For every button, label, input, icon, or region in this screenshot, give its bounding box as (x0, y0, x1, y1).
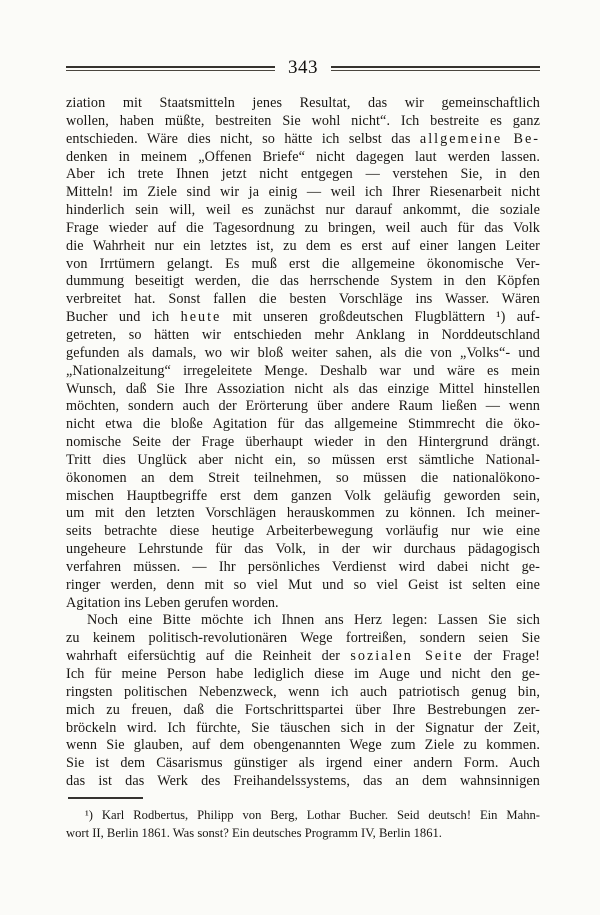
text-segment: ziation mit Staatsmitteln jenes Resultat… (66, 95, 540, 111)
body-text-line: „Nationalzeitung“ irregeleitete Menge. D… (66, 363, 540, 381)
footnote-line: wort II, Berlin 1861. Was sonst? Ein deu… (66, 825, 540, 843)
text-segment: ringer werden, denn mit so viel Mut und … (66, 577, 540, 593)
text-segment: wort II, Berlin 1861. Was sonst? Ein deu… (66, 826, 442, 840)
body-text-line: verbreitet hat. Sonst fallen die besten … (66, 291, 540, 309)
footnote-separator (68, 797, 143, 799)
text-segment: um mit den letzten Vorschlägen herauskom… (66, 505, 540, 521)
body-text-line: getreten, so hätten wir entschieden mehr… (66, 327, 540, 345)
body-text-line: Frage wieder auf die Tagesordnung zu bri… (66, 220, 540, 238)
body-text-line: Ich für meine Person habe lediglich dies… (66, 666, 540, 684)
text-segment: nicht etwa die bloße Agitation für das a… (66, 416, 540, 432)
text-segment: ¹) Karl Rodbertus, Philipp von Berg, Lot… (85, 808, 540, 822)
body-text-line: wahrhaft eifersüchtig auf die Reinheit d… (66, 648, 540, 666)
emphasized-text-segment: sozialen Seite (350, 648, 463, 664)
text-segment: Bucher und ich (66, 309, 181, 325)
text-segment: wollen, haben müßte, bestreiten Sie wohl… (66, 113, 540, 129)
text-segment: verbreitet hat. Sonst fallen die besten … (66, 291, 540, 307)
text-segment: Ich für meine Person habe lediglich dies… (66, 666, 540, 682)
text-segment: wahrhaft eifersüchtig auf die Reinheit d… (66, 648, 350, 664)
text-segment: seits betrachte diese heutige Arbeiterbe… (66, 523, 540, 539)
body-text-line: Aber ich trete Ihnen jetzt nicht entgege… (66, 166, 540, 184)
text-segment: ungeheure Lehrstunde für das Volk, in de… (66, 541, 540, 557)
text-segment: möchten, sondern auch der Erörterung übe… (66, 398, 540, 414)
body-text-line: wollen, haben müßte, bestreiten Sie wohl… (66, 113, 540, 131)
text-segment: getreten, so hätten wir entschieden mehr… (66, 327, 540, 343)
text-segment: die Wahrheit nur ein letztes ist, zu dem… (66, 238, 540, 254)
page-header: 343 (66, 57, 540, 79)
page-number: 343 (275, 57, 331, 79)
text-segment: gefunden als damals, wo wir bloß weiter … (66, 345, 540, 361)
text-segment: Mitteln! im Ziele sind wir ja einig — we… (66, 184, 540, 200)
body-text-line: das ist das Werk des Freihandelssystems,… (66, 773, 540, 791)
body-text-line: hinderlich sein will, weil es zunächst n… (66, 202, 540, 220)
text-segment: von Irrtümern gelangt. Es muß erst die a… (66, 256, 540, 272)
text-segment: mischen Hauptbegriffe erst dem ganzen Vo… (66, 488, 540, 504)
body-text-line: nicht etwa die bloße Agitation für das a… (66, 416, 540, 434)
text-segment: der Frage! (463, 648, 540, 664)
body-text-line: zu keinem politisch-revolutionären Wege … (66, 630, 540, 648)
text-segment: Aber ich trete Ihnen jetzt nicht entgege… (66, 166, 540, 182)
body-text-line: bröckeln wird. Ich fürchte, Sie täuschen… (66, 720, 540, 738)
text-segment: Agitation ins Leben gerufen worden. (66, 595, 279, 611)
header-rule-right (331, 66, 540, 71)
text-segment: verfahren müssen. — Ihr persönliches Ver… (66, 559, 540, 575)
body-text-line: die Wahrheit nur ein letztes ist, zu dem… (66, 238, 540, 256)
body-text-line: ziation mit Staatsmitteln jenes Resultat… (66, 95, 540, 113)
body-text-line: mich zu freuen, daß die Fortschrittspart… (66, 702, 540, 720)
text-segment: denken in meinem „Offenen Briefe“ nicht … (66, 149, 540, 165)
body-text-line: seits betrachte diese heutige Arbeiterbe… (66, 523, 540, 541)
text-segment: hinderlich sein will, weil es zunächst n… (66, 202, 540, 218)
text-segment: „Nationalzeitung“ irregeleitete Menge. D… (66, 363, 540, 379)
body-text-line: mischen Hauptbegriffe erst dem ganzen Vo… (66, 488, 540, 506)
body-text-line: gefunden als damals, wo wir bloß weiter … (66, 345, 540, 363)
body-text-line: ringsten politischen Nebenzweck, wenn ic… (66, 684, 540, 702)
body-text-line: Bucher und ich heute mit unseren großdeu… (66, 309, 540, 327)
body-text-line: dummung beseitigt werden, die das herrsc… (66, 273, 540, 291)
text-segment: mit unseren großdeutschen Flugblättern ¹… (221, 309, 540, 325)
body-text-line: von Irrtümern gelangt. Es muß erst die a… (66, 256, 540, 274)
body-text-line: Noch eine Bitte möchte ich Ihnen ans Her… (66, 612, 540, 630)
emphasized-text-segment: allgemeine Be- (420, 131, 540, 147)
body-text-line: nomische Seite der Frage überhaupt wiede… (66, 434, 540, 452)
body-text-line: wenn Sie glauben, auf dem obengenannten … (66, 737, 540, 755)
text-segment: ringsten politischen Nebenzweck, wenn ic… (66, 684, 540, 700)
body-text-line: um mit den letzten Vorschlägen herauskom… (66, 505, 540, 523)
body-text-line: möchten, sondern auch der Erörterung übe… (66, 398, 540, 416)
body-text-line: ungeheure Lehrstunde für das Volk, in de… (66, 541, 540, 559)
header-rule-left (66, 66, 275, 71)
body-text-line: Sie ist dem Cäsarismus günstiger als irg… (66, 755, 540, 773)
text-segment: Noch eine Bitte möchte ich Ihnen ans Her… (87, 612, 540, 628)
body-text: ziation mit Staatsmitteln jenes Resultat… (66, 95, 540, 791)
text-segment: entschieden. Wäre dies nicht, so hätte i… (66, 131, 420, 147)
text-segment: zu keinem politisch-revolutionären Wege … (66, 630, 540, 646)
footnote-line: ¹) Karl Rodbertus, Philipp von Berg, Lot… (66, 807, 540, 825)
body-text-line: ökonomen an dem Streit teilnehmen, so mü… (66, 470, 540, 488)
body-text-line: denken in meinem „Offenen Briefe“ nicht … (66, 149, 540, 167)
text-segment: nomische Seite der Frage überhaupt wiede… (66, 434, 540, 450)
text-segment: Wunsch, daß Sie Ihre Assoziation nicht a… (66, 381, 540, 397)
text-segment: Frage wieder auf die Tagesordnung zu bri… (66, 220, 540, 236)
footnote: ¹) Karl Rodbertus, Philipp von Berg, Lot… (66, 807, 540, 842)
text-segment: dummung beseitigt werden, die das herrsc… (66, 273, 540, 289)
book-page: 343 ziation mit Staatsmitteln jenes Resu… (0, 0, 600, 915)
body-text-line: verfahren müssen. — Ihr persönliches Ver… (66, 559, 540, 577)
text-segment: bröckeln wird. Ich fürchte, Sie täuschen… (66, 720, 540, 736)
emphasized-text-segment: heute (181, 309, 222, 325)
body-text-line: Wunsch, daß Sie Ihre Assoziation nicht a… (66, 381, 540, 399)
body-text-line: Agitation ins Leben gerufen worden. (66, 595, 540, 613)
body-text-line: ringer werden, denn mit so viel Mut und … (66, 577, 540, 595)
text-segment: wenn Sie glauben, auf dem obengenannten … (66, 737, 540, 753)
text-segment: das ist das Werk des Freihandelssystems,… (66, 773, 540, 789)
body-text-line: Mitteln! im Ziele sind wir ja einig — we… (66, 184, 540, 202)
text-segment: Sie ist dem Cäsarismus günstiger als irg… (66, 755, 540, 771)
body-text-line: Tritt dies Unglück aber nicht ein, so mü… (66, 452, 540, 470)
text-segment: ökonomen an dem Streit teilnehmen, so mü… (66, 470, 540, 486)
text-segment: mich zu freuen, daß die Fortschrittspart… (66, 702, 540, 718)
body-text-line: entschieden. Wäre dies nicht, so hätte i… (66, 131, 540, 149)
text-segment: Tritt dies Unglück aber nicht ein, so mü… (66, 452, 540, 468)
